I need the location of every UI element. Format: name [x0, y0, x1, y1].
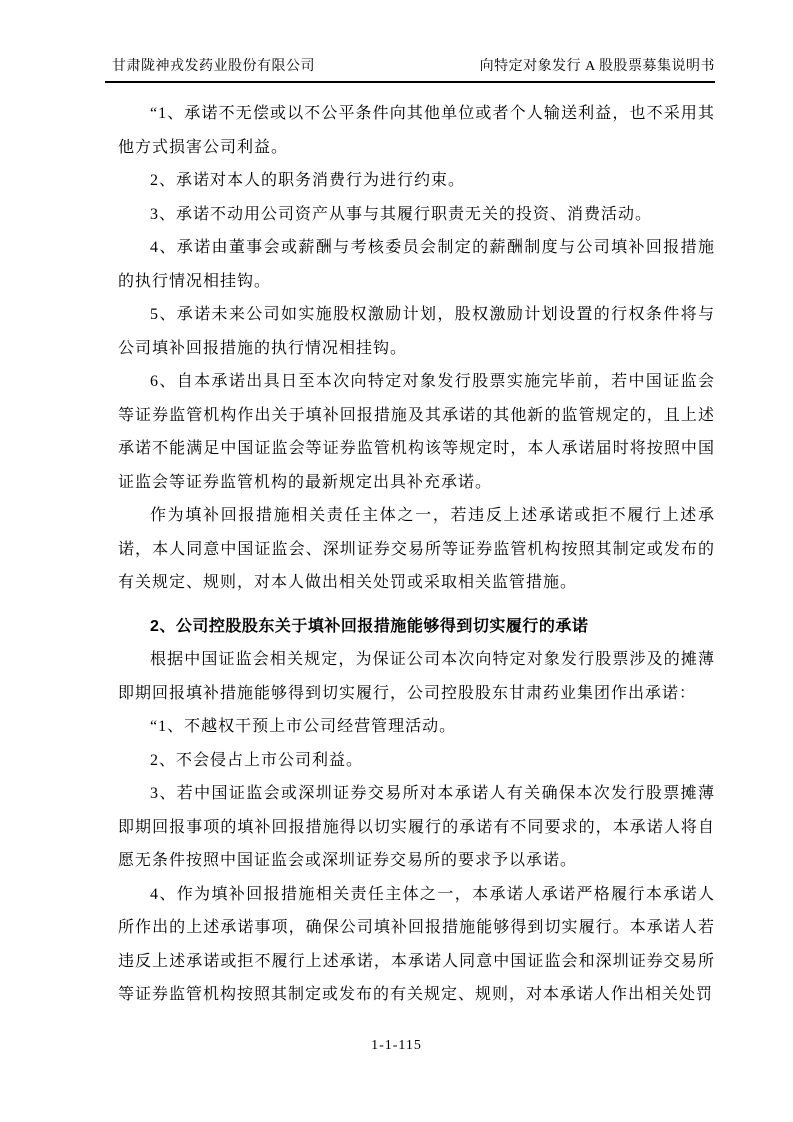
header-document-title: 向特定对象发行 A 股股票募集说明书 [480, 55, 715, 75]
paragraph: 2、不会侵占上市公司利益。 [118, 744, 715, 778]
paragraph: 4、作为填补回报措施相关责任主体之一，本承诺人承诺严格履行本承诺人所作出的上述承… [118, 878, 715, 1012]
paragraph: 3、若中国证监会或深圳证券交易所对本承诺人有关确保本次发行股票摊薄即期回报事项的… [118, 777, 715, 878]
page-number: 1-1-115 [371, 1038, 422, 1053]
paragraph: 5、承诺未来公司如实施股权激励计划，股权激励计划设置的行权条件将与公司填补回报措… [118, 298, 715, 365]
paragraph: 6、自本承诺出具日至本次向特定对象发行股票实施完毕前，若中国证监会等证券监管机构… [118, 365, 715, 499]
document-body: “1、承诺不无偿或以不公平条件向其他单位或者个人输送利益，也不采用其他方式损害公… [118, 97, 715, 1012]
paragraph: 3、承诺不动用公司资产从事与其履行职责无关的投资、消费活动。 [118, 198, 715, 232]
page-header: 甘肃陇神戎发药业股份有限公司 向特定对象发行 A 股股票募集说明书 [105, 55, 715, 83]
paragraph: 作为填补回报措施相关责任主体之一，若违反上述承诺或拒不履行上述承诺，本人同意中国… [118, 499, 715, 600]
paragraph: 根据中国证监会相关规定，为保证公司本次向特定对象发行股票涉及的摊薄即期回报填补措… [118, 643, 715, 710]
paragraph: “1、不越权干预上市公司经营管理活动。 [118, 710, 715, 744]
paragraph: 4、承诺由董事会或薪酬与考核委员会制定的薪酬制度与公司填补回报措施的执行情况相挂… [118, 231, 715, 298]
paragraph: “1、承诺不无偿或以不公平条件向其他单位或者个人输送利益，也不采用其他方式损害公… [118, 97, 715, 164]
document-page: 甘肃陇神戎发药业股份有限公司 向特定对象发行 A 股股票募集说明书 “1、承诺不… [0, 0, 793, 1122]
paragraph: 2、承诺对本人的职务消费行为进行约束。 [118, 164, 715, 198]
header-company-name: 甘肃陇神戎发药业股份有限公司 [112, 55, 315, 75]
section-heading: 2、公司控股股东关于填补回报措施能够得到切实履行的承诺 [118, 610, 715, 644]
page-footer: 1-1-115 [0, 1038, 793, 1054]
